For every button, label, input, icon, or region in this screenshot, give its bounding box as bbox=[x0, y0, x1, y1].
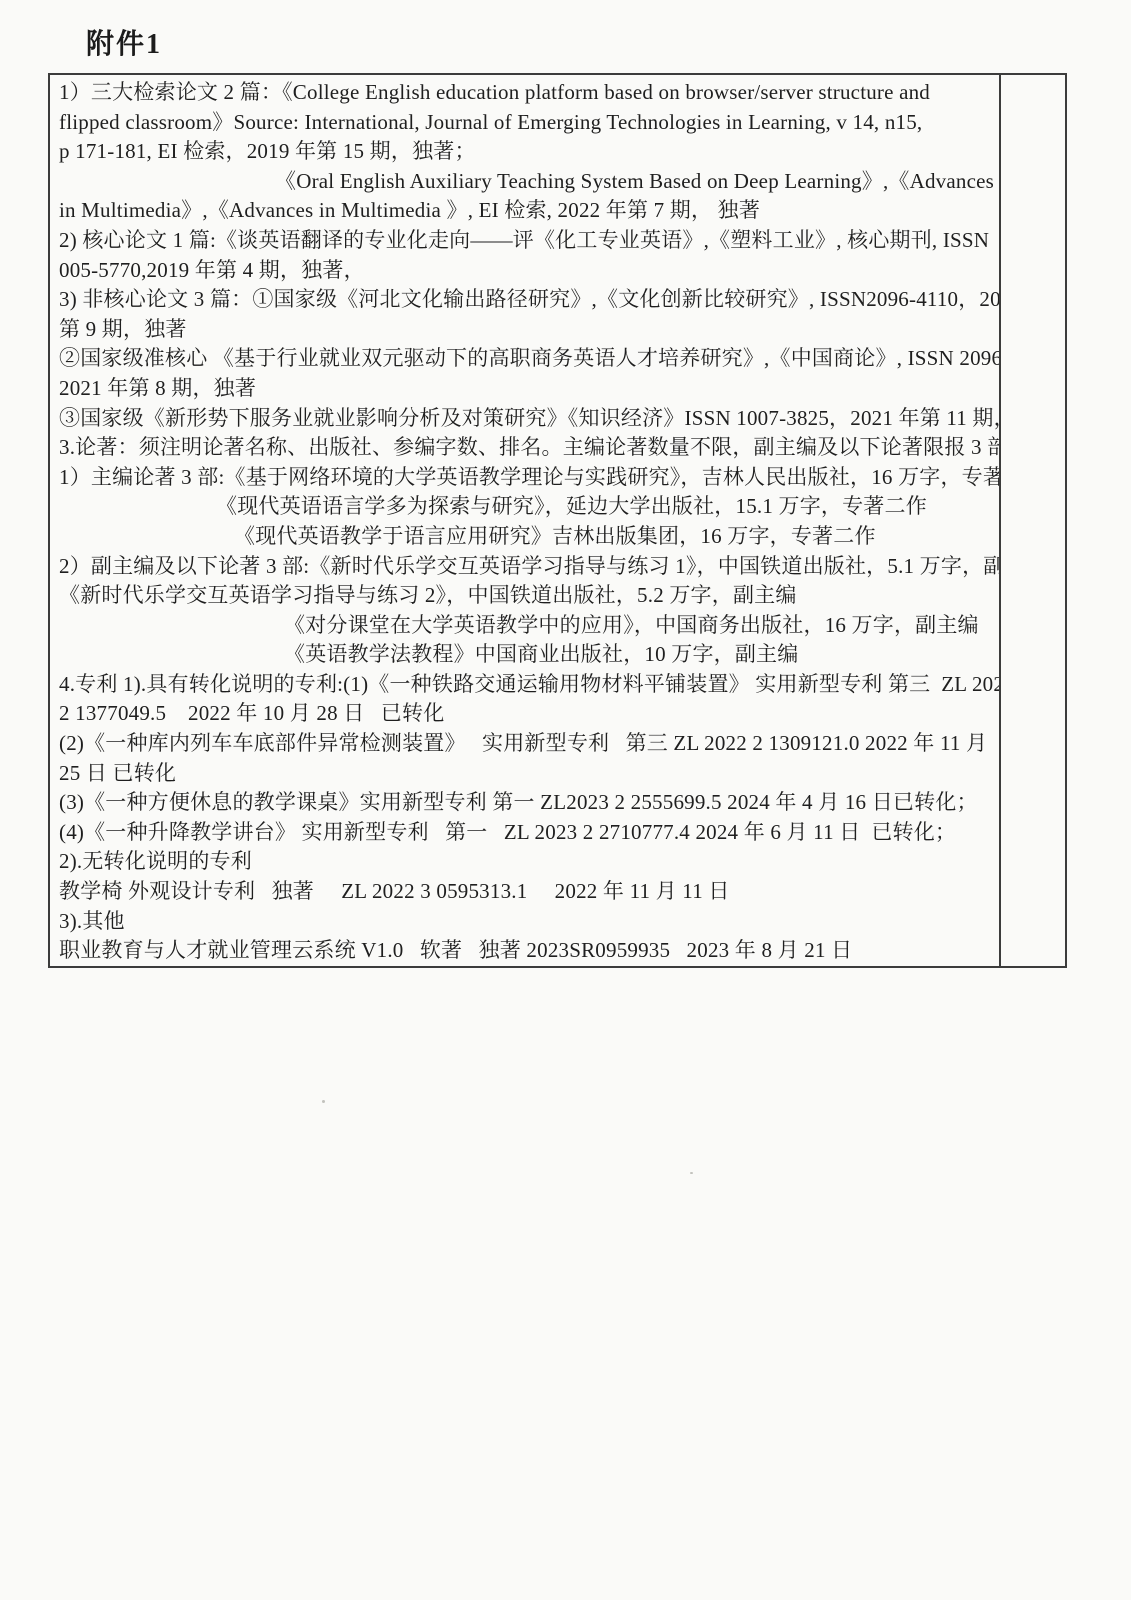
text-line: ②国家级准核心 《基于行业就业双元驱动下的高职商务英语人才培养研究》,《中国商论… bbox=[59, 344, 993, 374]
text-line: 005-5770,2019 年第 4 期，独著， bbox=[59, 256, 993, 286]
text-line: 《对分课堂在大学英语教学中的应用》，中国商务出版社，16 万字，副主编 bbox=[59, 611, 993, 641]
text-line: 3.论著：须注明论著名称、出版社、参编字数、排名。主编论著数量不限，副主编及以下… bbox=[59, 433, 993, 463]
text-line: 3) 非核心论文 3 篇：①国家级《河北文化输出路径研究》,《文化创新比较研究》… bbox=[59, 285, 993, 315]
text-line: 2 1377049.5 2022 年 10 月 28 日 已转化 bbox=[59, 699, 993, 729]
text-line: 职业教育与人才就业管理云系统 V1.0 软著 独著 2023SR0959935 … bbox=[59, 936, 993, 966]
text-line: (3)《一种方便休息的教学课桌》实用新型专利 第一 ZL2023 2 25556… bbox=[59, 788, 993, 818]
text-line: in Multimedia》,《Advances in Multimedia 》… bbox=[59, 196, 993, 226]
text-line: 4.专利 1).具有转化说明的专利:(1)《一种铁路交通运输用物材料平铺装置》 … bbox=[59, 670, 993, 700]
text-line: 25 日 已转化 bbox=[59, 759, 993, 789]
text-line: 《现代英语教学于语言应用研究》吉林出版集团，16 万字，专著二作 bbox=[59, 522, 993, 552]
text-line: flipped classroom》Source: International,… bbox=[59, 108, 993, 138]
text-line: 2）副主编及以下论著 3 部:《新时代乐学交互英语学习指导与练习 1》，中国铁道… bbox=[59, 552, 993, 582]
text-line: 《Oral English Auxiliary Teaching System … bbox=[59, 167, 993, 197]
page-title: 附件1 bbox=[86, 22, 162, 62]
text-line: p 171-181, EI 检索，2019 年第 15 期，独著； bbox=[59, 137, 993, 167]
text-line: 1）三大检索论文 2 篇：《College English education … bbox=[59, 78, 993, 108]
scanned-page: 附件1 1）三大检索论文 2 篇：《College English educat… bbox=[0, 0, 1131, 1600]
scan-speck bbox=[322, 1100, 325, 1103]
text-line: 《英语教学法教程》中国商业出版社，10 万字，副主编 bbox=[59, 640, 993, 670]
text-line: 2) 核心论文 1 篇:《谈英语翻译的专业化走向——评《化工专业英语》,《塑料工… bbox=[59, 226, 993, 256]
empty-right-column bbox=[999, 75, 1065, 966]
text-line: 2).无转化说明的专利 bbox=[59, 847, 993, 877]
text-line: 3).其他 bbox=[59, 907, 993, 937]
text-line: (2)《一种库内列车车底部件异常检测装置》 实用新型专利 第三 ZL 2022 … bbox=[59, 729, 993, 759]
text-line: 《现代英语语言学多为探索与研究》，延边大学出版社，15.1 万字，专著二作 bbox=[59, 492, 993, 522]
text-line: (4)《一种升降教学讲台》 实用新型专利 第一 ZL 2023 2 271077… bbox=[59, 818, 993, 848]
text-line: 第 9 期，独著 bbox=[59, 315, 993, 345]
text-line: 教学椅 外观设计专利 独著 ZL 2022 3 0595313.1 2022 年… bbox=[59, 877, 993, 907]
text-line: 2021 年第 8 期，独著 bbox=[59, 374, 993, 404]
attachment-table: 1）三大检索论文 2 篇：《College English education … bbox=[48, 73, 1067, 968]
text-line: 1）主编论著 3 部:《基于网络环境的大学英语教学理论与实践研究》，吉林人民出版… bbox=[59, 463, 993, 493]
scan-speck bbox=[690, 1172, 693, 1174]
document-body: 1）三大检索论文 2 篇：《College English education … bbox=[50, 75, 999, 966]
text-line: 《新时代乐学交互英语学习指导与练习 2》，中国铁道出版社，5.2 万字，副主编 bbox=[59, 581, 993, 611]
text-line: ③国家级《新形势下服务业就业影响分析及对策研究》《知识经济》ISSN 1007-… bbox=[59, 404, 993, 434]
